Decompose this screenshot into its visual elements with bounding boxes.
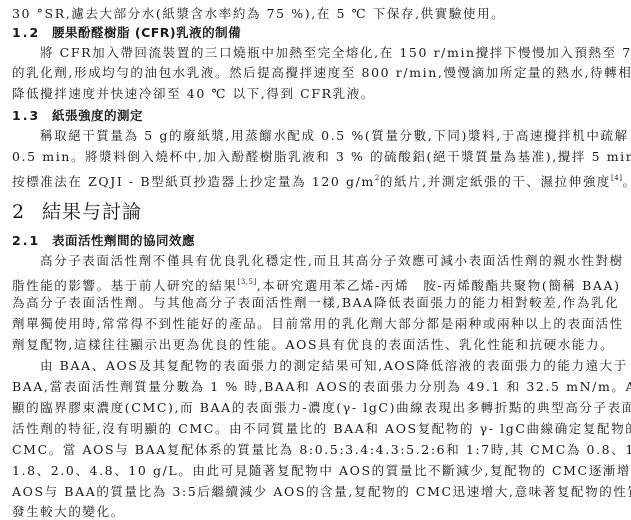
subsection-heading-1-3: 1.3紙張強度的測定 [12, 106, 143, 126]
section-heading-2: 2結果与討論 [12, 199, 142, 225]
paragraph-line: BAA,當表面活性劑質量分數為 1 % 時,BAA和 AOS的表面張力分別為 4… [12, 377, 621, 397]
paragraph-line: CMC。當 AOS与 BAA复配体系的質量比為 8:0.5:3.4:4.3:5.… [12, 440, 621, 460]
citation-ref: [4] [611, 174, 622, 182]
paragraph-line: 按標准法在 ZQJI - B型紙頁抄造器上抄定量為 120 g/m2的紙片,并測… [12, 168, 621, 192]
subsection-heading-2-1: 2.1表面活性劑間的協同效應 [12, 231, 195, 251]
heading-title: 結果与討論 [42, 201, 142, 223]
text-segment: ,本研究選用苯乙烯-丙烯 胺-丙烯酸酯共聚物(簡稱 BAA) [257, 278, 621, 293]
text-segment: 。 [622, 174, 631, 189]
paragraph-line: 將 CFR加入帶回流裝置的三口燒瓶中加熱至完全熔化,在 150 r/min攪拌下… [40, 43, 621, 63]
paragraph-line: 劑复配物,這樣往往顯示出更為优良的性能。AOS具有优良的表面活性、乳化性能和抗硬… [12, 335, 621, 355]
heading-number: 1.3 [12, 106, 52, 126]
subsection-heading-1-2: 1.2腰果酚醛樹脂 (CFR)乳液的制備 [12, 23, 241, 43]
paragraph-line: 30 °SR,濾去大部分水(紙漿含水率約為 75 %),在 5 ℃ 下保存,供實… [12, 4, 621, 24]
paragraph-line: 1.8、2.0、4.8、10 g/L。由此可見隨著复配物中 AOS的質量比不斷減… [12, 461, 621, 481]
paragraph-line: AOS与 BAA的質量比為 3:5后繼續減少 AOS的含量,复配物的 CMC迅速… [12, 482, 621, 502]
paragraph-line: 由 BAA、AOS及其复配物的表面張力的測定結果可知,AOS降低溶液的表面張力的… [40, 356, 621, 376]
paragraph-line: 顯的臨界膠束濃度(CMC),而 BAA的表面張力-濃度(γ- lgC)曲線表現出… [12, 398, 621, 418]
paragraph-line: 稱取絕干質量為 5 g的廢紙漿,用蒸餾水配成 0.5 %(質量分數,下同)漿料,… [40, 126, 621, 146]
heading-number: 2.1 [12, 231, 52, 251]
paragraph-line: 的乳化劑,形成均勻的油包水乳液。然后提高攪拌速度至 800 r/min,慢慢滴加… [12, 63, 621, 83]
paragraph-line: 降低攪拌速度并快速冷卻至 40 ℃ 以下,得到 CFR乳液。 [12, 84, 621, 104]
heading-title: 表面活性劑間的協同效應 [52, 233, 195, 248]
heading-title: 腰果酚醛樹脂 (CFR)乳液的制備 [52, 25, 241, 40]
text-segment: 的紙片,并測定紙張的干、濕拉伸強度 [380, 174, 611, 189]
heading-number: 2 [12, 199, 42, 225]
paragraph-line: 活性劑的特征,沒有明顯的 CMC。由不同質量比的 BAA和 AOS复配物的 γ-… [12, 419, 621, 439]
paragraph-line: 劑單獨使用時,常常得不到性能好的產品。目前常用的乳化劑大部分都是兩种或兩种以上的… [12, 314, 621, 334]
heading-number: 1.2 [12, 23, 52, 43]
paragraph-line: 高分子表面活性劑不僅具有优良乳化穩定性,而且其高分子效應可減小表面活性劑的親水性… [40, 251, 621, 271]
citation-ref: [3,5] [238, 278, 257, 286]
paragraph-line: 發生較大的變化。 [12, 502, 621, 520]
text-segment: 按標准法在 ZQJI - B型紙頁抄造器上抄定量為 120 g/m [12, 174, 375, 189]
paragraph-line: 0.5 min。將漿料倒入燒杯中,加入酚醛樹脂乳液和 3 % 的硫酸鋁(絕干漿質… [12, 147, 621, 167]
heading-title: 紙張強度的測定 [52, 108, 143, 123]
text-segment: 脂性能的影響。基于前人研究的結果 [12, 278, 238, 293]
paragraph-line: 為高分子表面活性劑。与其他高分子表面活性劑一樣,BAA降低表面張力的能力相對較差… [12, 293, 621, 313]
